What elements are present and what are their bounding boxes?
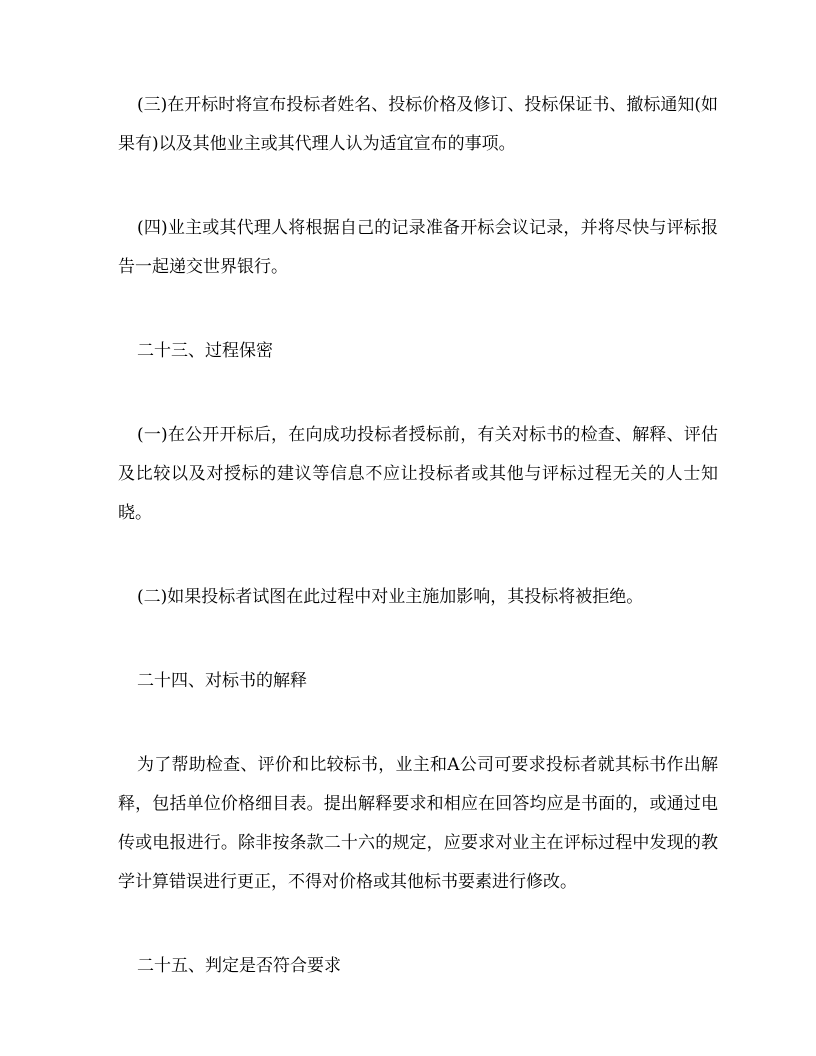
section-heading-23-process-confidentiality: 二十三、过程保密 <box>118 332 718 371</box>
paragraph-bid-opening-item-4: (四)业主或其代理人将根据自己的记录准备开标会议记录，并将尽快与评标报告一起递交… <box>118 209 718 287</box>
section-heading-24-clarification-of-bids: 二十四、对标书的解释 <box>118 662 718 701</box>
section-heading-25-determination-of-responsiveness: 二十五、判定是否符合要求 <box>118 947 718 986</box>
paragraph-bid-opening-item-3: (三)在开标时将宣布投标者姓名、投标价格及修订、投标保证书、撤标通知(如果有)以… <box>118 86 718 164</box>
paragraph-confidentiality-item-1: (一)在公开开标后，在向成功投标者授标前，有关对标书的检查、解释、评估及比较以及… <box>118 416 718 533</box>
paragraph-confidentiality-item-2: (二)如果投标者试图在此过程中对业主施加影响，其投标将被拒绝。 <box>118 578 718 617</box>
document-page: (三)在开标时将宣布投标者姓名、投标价格及修订、投标保证书、撤标通知(如果有)以… <box>0 0 816 1056</box>
document-body: (三)在开标时将宣布投标者姓名、投标价格及修订、投标保证书、撤标通知(如果有)以… <box>118 86 718 1031</box>
paragraph-clarification-body: 为了帮助检查、评价和比较标书，业主和A公司可要求投标者就其标书作出解释，包括单位… <box>118 746 718 902</box>
